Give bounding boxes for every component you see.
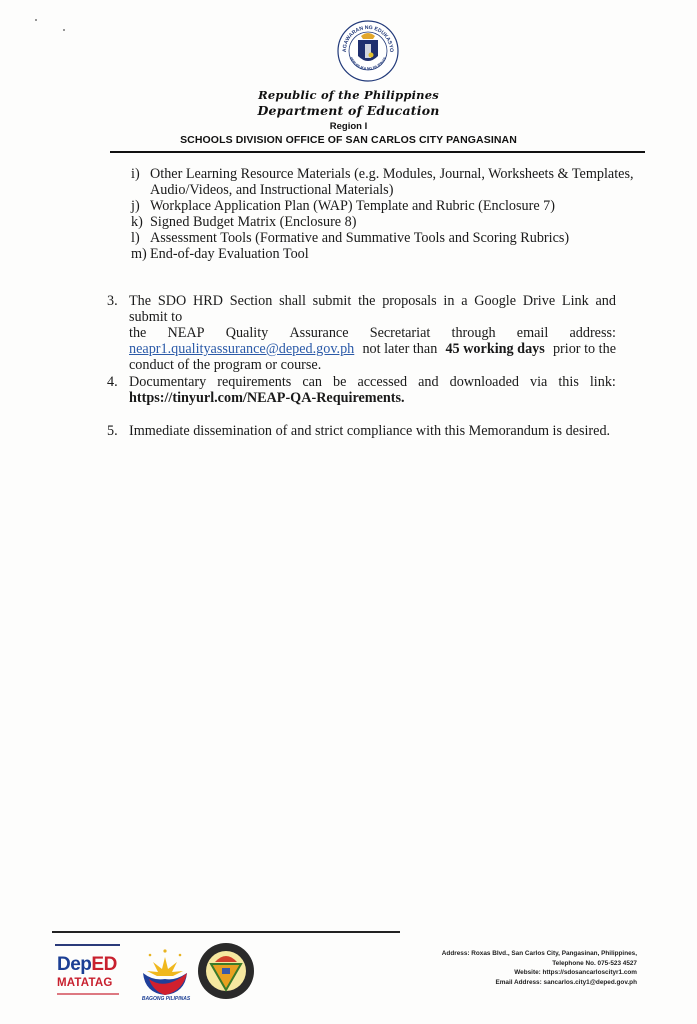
deped-matatag-logo: DepED MATATAG [55, 944, 125, 1002]
list-item: i) Other Learning Resource Materials (e.… [131, 166, 651, 198]
paragraph-word: via [530, 374, 547, 390]
list-item-text: Workplace Application Plan (WAP) Templat… [150, 198, 651, 214]
department-heading: Department of Education [0, 103, 697, 118]
footer-email[interactable]: Email Address: sancarlos.city1@deped.gov… [442, 978, 637, 988]
matatag-text: MATATAG [57, 977, 112, 989]
list-item-text: Audio/Videos, and Instructional Material… [150, 182, 651, 198]
list-marker: k) [131, 214, 143, 230]
paragraph-word: be [333, 374, 346, 390]
footer-contact-info: Address: Roxas Blvd., San Carlos City, P… [442, 949, 637, 987]
list-item: j) Workplace Application Plan (WAP) Temp… [131, 198, 651, 214]
paragraph-word: downloaded [450, 374, 519, 390]
list-item: k) Signed Budget Matrix (Enclosure 8) [131, 214, 651, 230]
numbered-item-4: 4. Documentaryrequirementscanbeaccesseda… [107, 374, 616, 406]
requirements-link[interactable]: https://tinyurl.com/NEAP-QA-Requirements… [129, 390, 405, 406]
list-item-text: Other Learning Resource Materials (e.g. … [150, 166, 651, 182]
paragraph-word: Secretariat [370, 325, 431, 341]
footer-address: Address: Roxas Blvd., San Carlos City, P… [442, 949, 637, 959]
bagong-pilipinas-label: BAGONG PILIPINAS [126, 996, 206, 1002]
footer-website[interactable]: Website: https://sdosancarloscityr1.com [442, 968, 637, 978]
paragraph-word: this [558, 374, 579, 390]
list-item-text: Assessment Tools (Formative and Summativ… [150, 230, 651, 246]
deadline-emphasis: 45 working days [445, 341, 544, 357]
republic-heading: Republic of the Philippines [0, 88, 697, 102]
paragraph-line: neapr1.qualityassurance@deped.gov.ph not… [129, 341, 616, 357]
paragraph-word: link: [590, 374, 616, 390]
list-marker: m) [131, 246, 147, 262]
paragraph-word: can [302, 374, 322, 390]
paragraph-word: Assurance [289, 325, 348, 341]
paragraph-word: Documentary [129, 374, 206, 390]
paragraph-word: Quality [226, 325, 269, 341]
item-number: 5. [107, 423, 118, 439]
division-office-label: SCHOOLS DIVISION OFFICE OF SAN CARLOS CI… [0, 134, 697, 146]
list-item: l) Assessment Tools (Formative and Summa… [131, 230, 651, 246]
item-number: 3. [107, 293, 118, 309]
paragraph-text: The SDO HRD Section shall submit the pro… [129, 293, 616, 325]
list-marker: i) [131, 166, 140, 182]
sdo-san-carlos-seal-icon [197, 942, 255, 1000]
paragraph-word: and [418, 374, 439, 390]
paragraph-line: conduct of the program or course. [129, 357, 616, 373]
paragraph-word: requirements [217, 374, 291, 390]
list-item-text: End-of-day Evaluation Tool [150, 246, 651, 262]
list-item-text: Signed Budget Matrix (Enclosure 8) [150, 214, 651, 230]
paragraph-line: The SDO HRD Section shall submit the pro… [129, 293, 616, 325]
numbered-item-5: 5. Immediate dissemination of and strict… [107, 423, 616, 439]
list-item: m) End-of-day Evaluation Tool [131, 246, 651, 262]
paragraph-text: Immediate dissemination of and strict co… [129, 423, 616, 439]
list-marker: j) [131, 198, 140, 214]
footer-divider [52, 931, 400, 933]
paragraph-text: prior to the [553, 341, 616, 357]
paragraph-text: not later than [362, 341, 437, 357]
paragraph-word: NEAP [168, 325, 205, 341]
paragraph-word: address: [569, 325, 616, 341]
paragraph-line: Documentaryrequirementscanbeaccessedandd… [129, 374, 616, 390]
footer-telephone: Telephone No. 075-523 4527 [442, 959, 637, 969]
paragraph-word: accessed [357, 374, 407, 390]
enclosure-list: i) Other Learning Resource Materials (e.… [131, 166, 651, 262]
scan-speck [35, 19, 37, 21]
paragraph-word: through [452, 325, 496, 341]
paragraph-word: the [129, 325, 146, 341]
list-marker: l) [131, 230, 140, 246]
deped-logo-text: Dep [57, 954, 91, 975]
deped-logo-text: ED [91, 954, 116, 975]
region-label: Region I [0, 121, 697, 132]
item-number: 4. [107, 374, 118, 390]
scan-speck [63, 29, 65, 31]
deped-seal-icon: KAGAWARAN NG EDUKASYON REPUBLIKA NG PILI… [337, 20, 399, 82]
numbered-item-3: 3. The SDO HRD Section shall submit the … [107, 293, 616, 373]
paragraph-word: email [517, 325, 549, 341]
email-link[interactable]: neapr1.qualityassurance@deped.gov.ph [129, 341, 354, 357]
paragraph-line: theNEAPQualityAssuranceSecretariatthroug… [129, 325, 616, 341]
header-divider [110, 151, 645, 153]
